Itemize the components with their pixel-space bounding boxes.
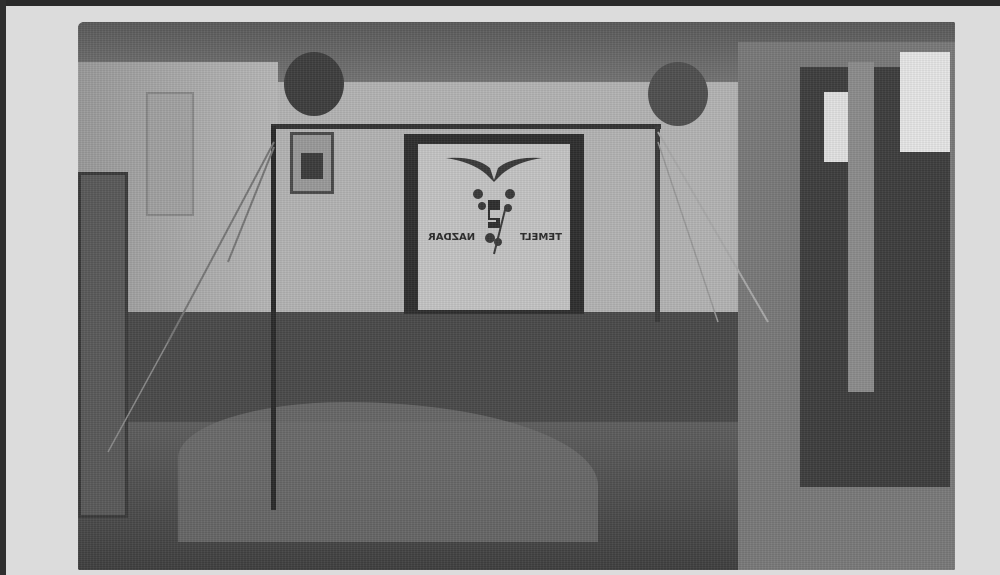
photograph: NAZDAR TEMELT	[78, 22, 955, 570]
scan-edge-left	[0, 0, 6, 575]
scan-background: NAZDAR TEMELT	[0, 0, 1000, 575]
guy-wires	[78, 22, 955, 570]
scan-edge-top	[0, 0, 1000, 6]
